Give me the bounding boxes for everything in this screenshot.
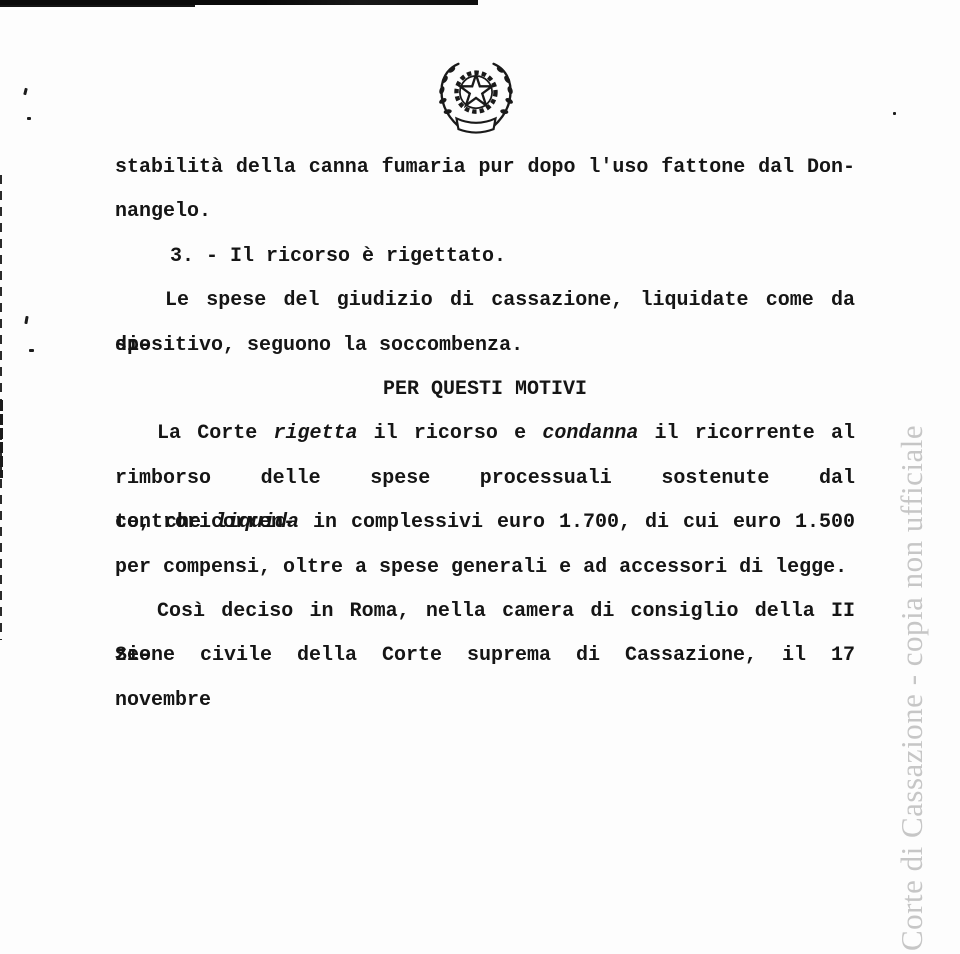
document-text-italic: condanna	[542, 422, 638, 445]
document-body: stabilità della canna fumaria pur dopo l…	[115, 146, 855, 679]
document-text: per compensi, oltre a spese generali e a…	[115, 556, 847, 579]
document-line: Le spese del giudizio di cassazione, liq…	[115, 279, 855, 323]
document-text: stabilità della canna fumaria pur dopo l…	[115, 156, 855, 179]
scan-artifact-speck	[23, 88, 28, 96]
italian-republic-emblem-icon	[427, 58, 525, 136]
document-text-italic: rigetta	[273, 422, 357, 445]
document-line: 3. - Il ricorso è rigettato.	[115, 235, 855, 279]
scan-artifact-binding-marks-dense	[0, 400, 3, 478]
scan-artifact-speck	[893, 112, 896, 115]
document-text: 3. - Il ricorso è rigettato.	[170, 245, 506, 268]
scanned-court-document-page: stabilità della canna fumaria pur dopo l…	[0, 0, 960, 954]
document-text: nangelo.	[115, 200, 211, 223]
watermark-vertical-text: Corte di Cassazione - copia non ufficial…	[894, 425, 930, 951]
document-text: PER QUESTI MOTIVI	[383, 378, 587, 401]
document-line: Così deciso in Roma, nella camera di con…	[115, 590, 855, 634]
document-line: stabilità della canna fumaria pur dopo l…	[115, 146, 855, 190]
document-line: per compensi, oltre a spese generali e a…	[115, 546, 855, 590]
document-line: te, che liquida in complessivi euro 1.70…	[115, 501, 855, 545]
document-text: La Corte	[157, 422, 273, 445]
document-text: zione civile della Corte suprema di Cass…	[115, 644, 855, 711]
document-text: il ricorso e	[357, 422, 542, 445]
document-line: La Corte rigetta il ricorso e condanna i…	[115, 412, 855, 456]
document-line: zione civile della Corte suprema di Cass…	[115, 634, 855, 678]
document-line: spositivo, seguono la soccombenza.	[115, 324, 855, 368]
document-line: rimborso delle spese processuali sostenu…	[115, 457, 855, 501]
document-text: in complessivi euro 1.700, di cui euro 1…	[299, 511, 855, 534]
scan-artifact-speck	[24, 316, 28, 324]
document-text: il ricorrente al	[638, 422, 855, 445]
document-line: nangelo.	[115, 190, 855, 234]
document-line: PER QUESTI MOTIVI	[115, 368, 855, 412]
scan-artifact-speck	[29, 349, 34, 352]
scan-artifact-top-bar-tail	[0, 5, 195, 7]
document-text-italic: liquida	[215, 511, 299, 534]
document-text: te, che	[115, 511, 215, 534]
document-text: spositivo, seguono la soccombenza.	[115, 334, 523, 357]
scan-artifact-speck	[27, 117, 31, 120]
